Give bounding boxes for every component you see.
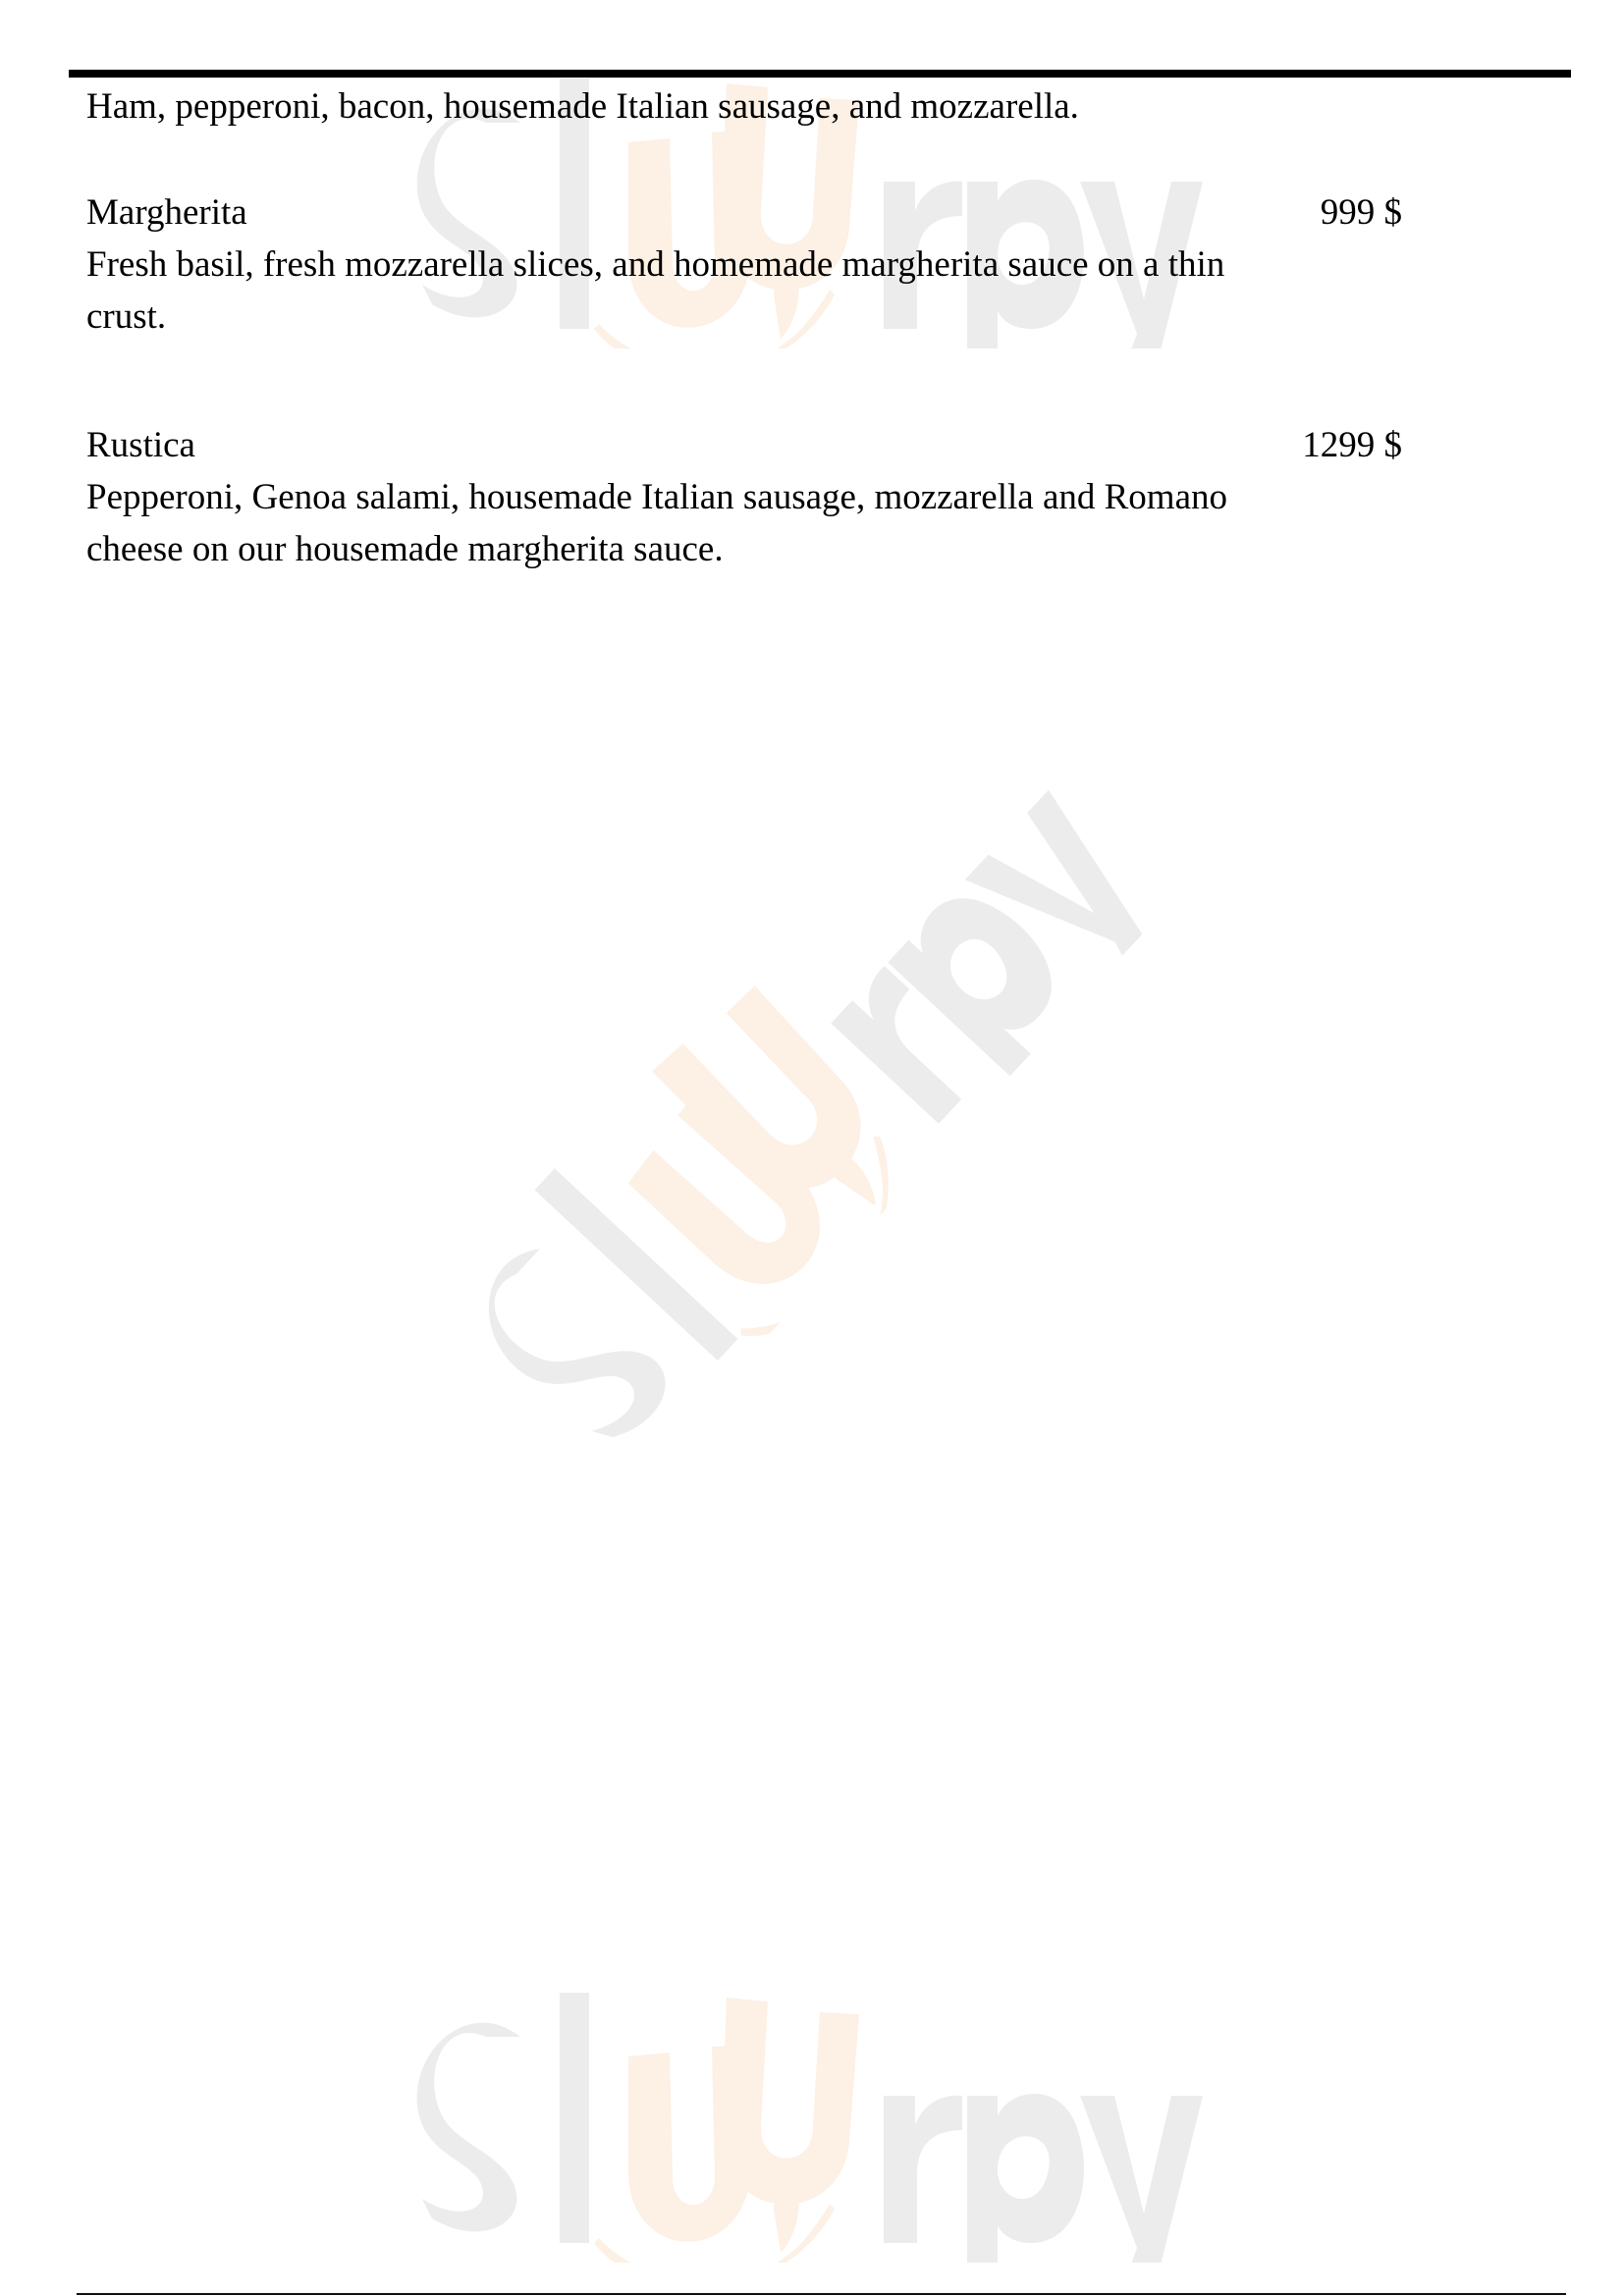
sluurpy-watermark-logo-rotated [416,678,1194,1482]
menu-item-description: Fresh basil, fresh mozzarella slices, an… [86,239,1245,343]
menu-list: Ham, pepperoni, bacon, housemade Italian… [86,80,1402,575]
bottom-divider [77,2293,1566,2295]
menu-item-margherita: Margherita 999 $ Fresh basil, fresh mozz… [86,187,1402,343]
top-divider-notch [1237,78,1571,79]
menu-item-price: 999 $ [1321,187,1402,239]
menu-item-rustica: Rustica 1299 $ Pepperoni, Genoa salami, … [86,419,1402,575]
menu-item-name: Margherita [86,187,1402,239]
top-divider [69,70,1571,78]
menu-item-description: Ham, pepperoni, bacon, housemade Italian… [86,80,1245,133]
menu-item-price: 1299 $ [1302,419,1402,471]
sluurpy-watermark-logo-bottom [412,1968,1237,2263]
menu-item-name: Rustica [86,419,1402,471]
menu-item-continued: Ham, pepperoni, bacon, housemade Italian… [86,80,1402,133]
menu-item-description: Pepperoni, Genoa salami, housemade Itali… [86,471,1245,575]
